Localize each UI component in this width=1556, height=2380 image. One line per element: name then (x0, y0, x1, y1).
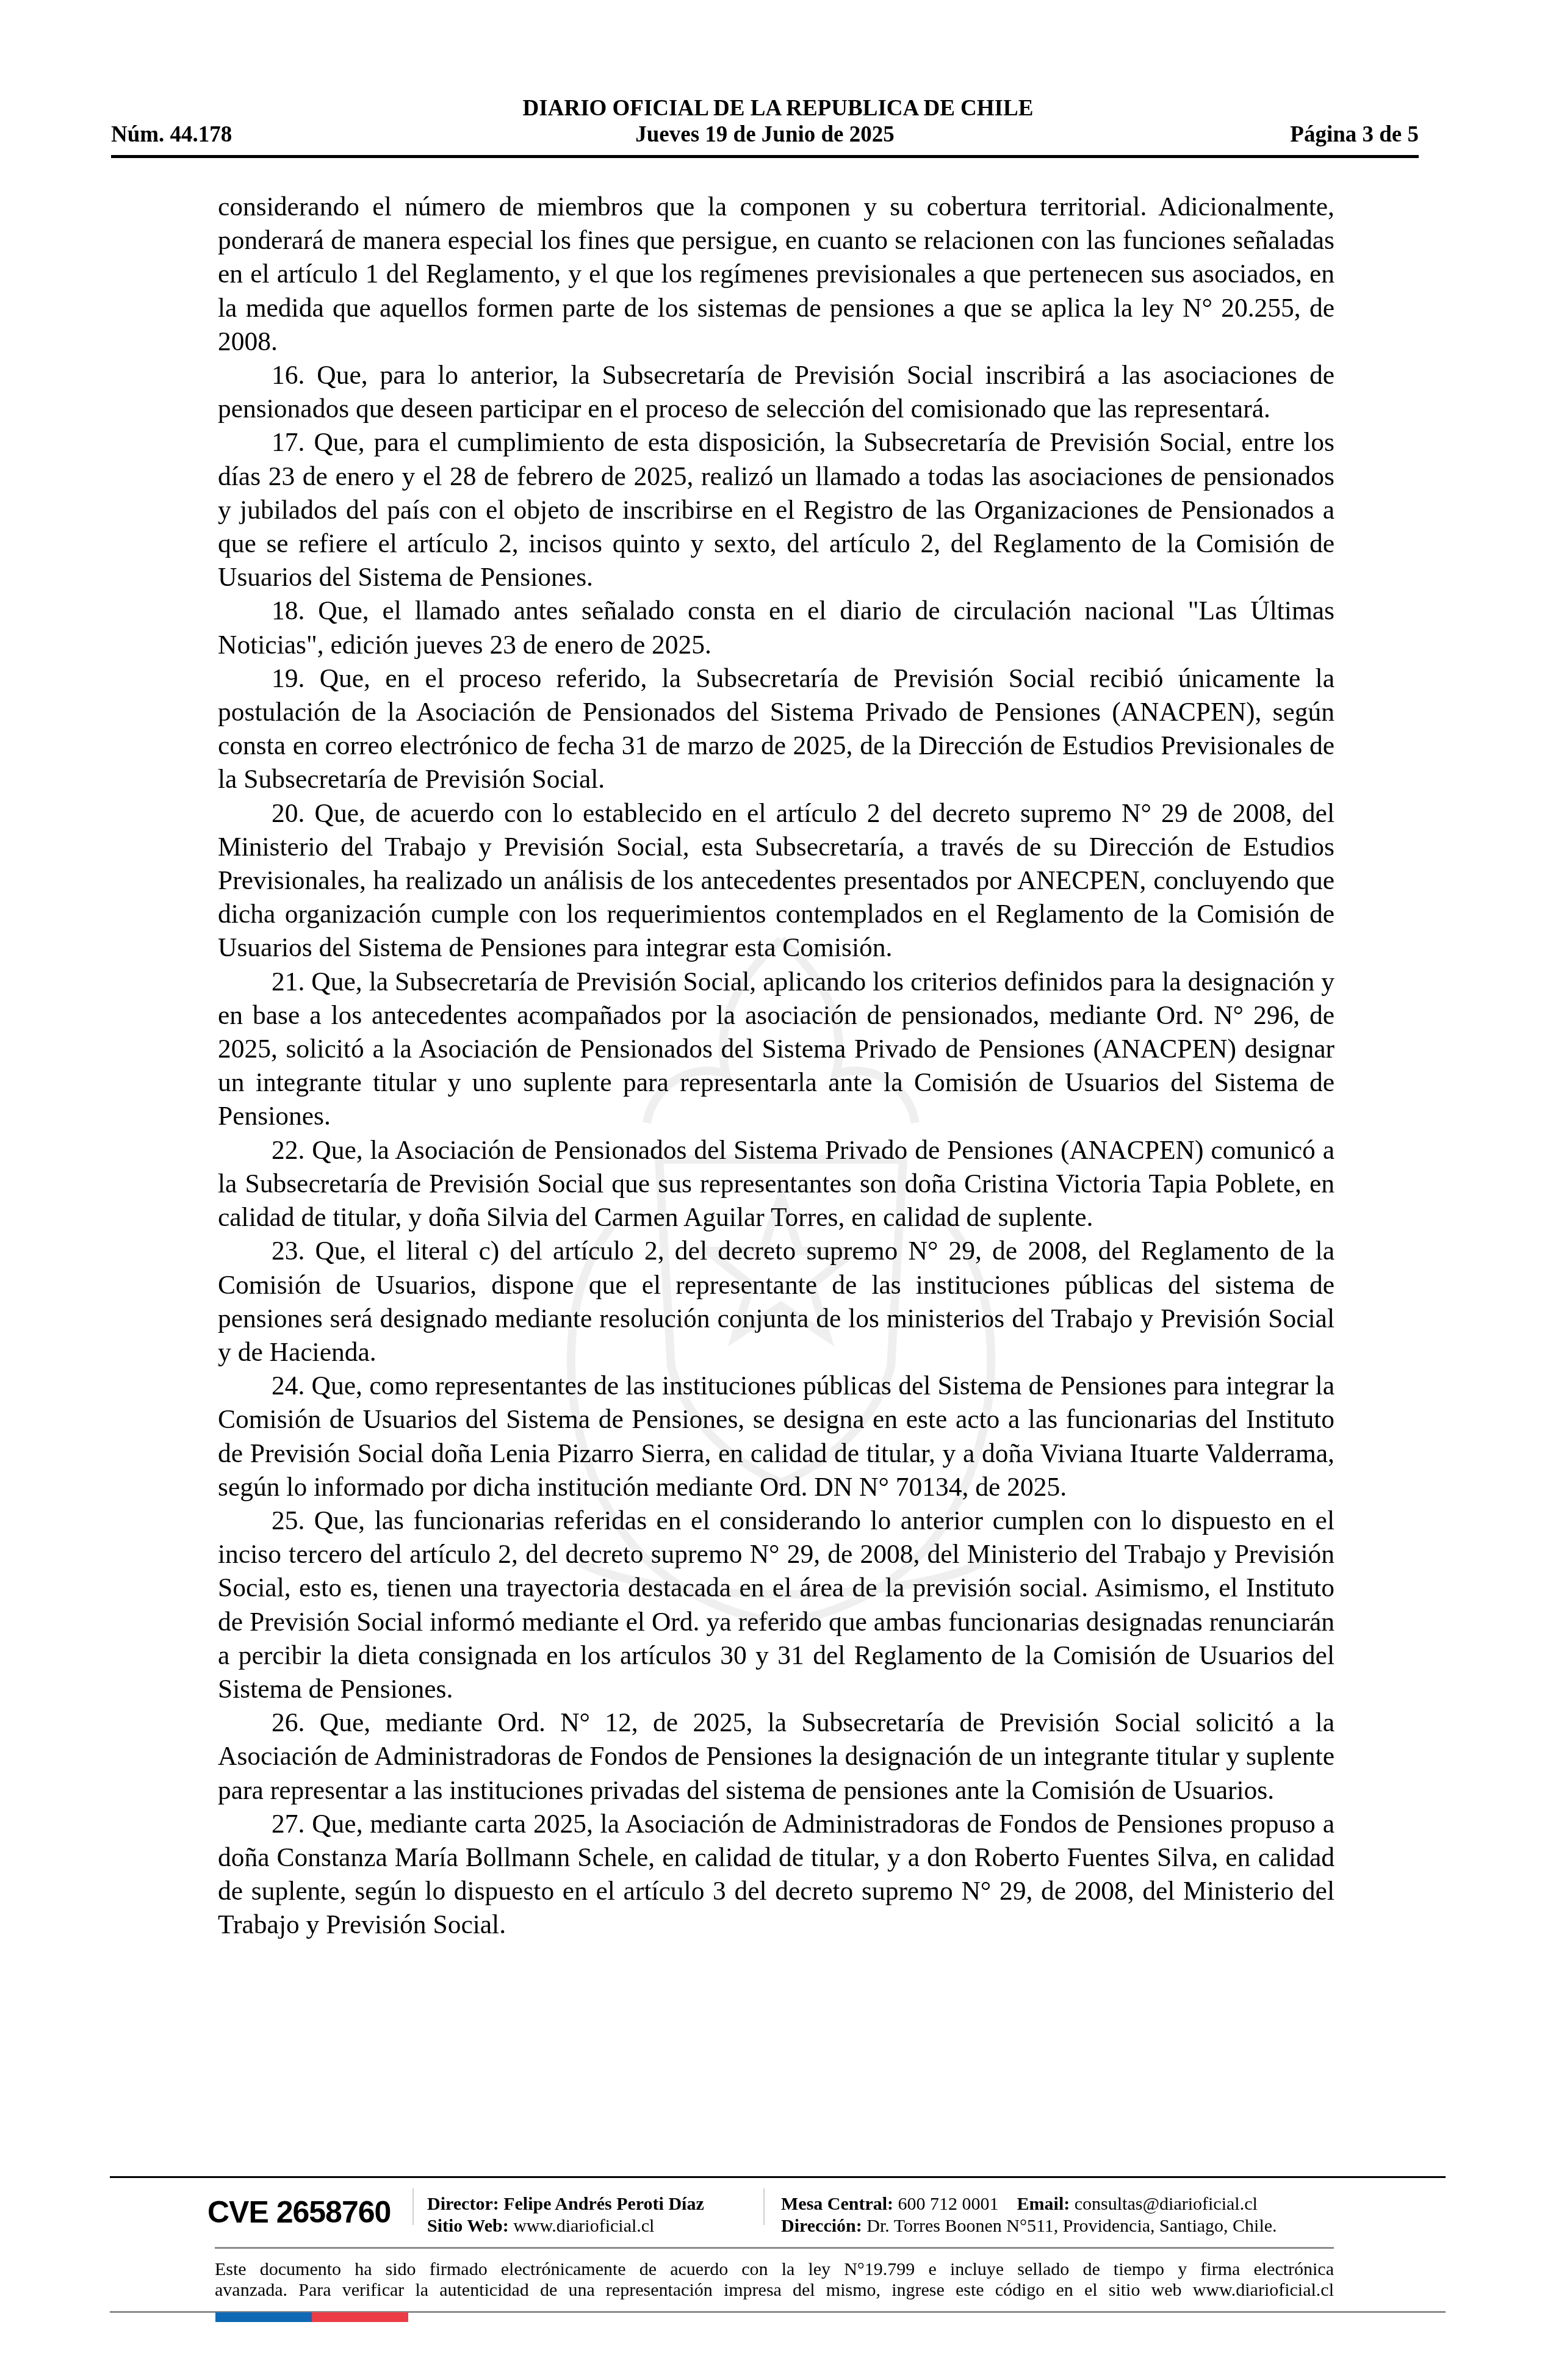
legal-line-1: Este documento ha sido firmado electróni… (215, 2259, 1334, 2280)
footer-vertical-divider (412, 2188, 414, 2225)
newspaper-title: DIARIO OFICIAL DE LA REPUBLICA DE CHILE (0, 95, 1556, 121)
email-label: Email: (1017, 2194, 1070, 2214)
phone-label: Mesa Central: (781, 2194, 893, 2214)
paragraph-26: 26. Que, mediante Ord. N° 12, de 2025, l… (218, 1706, 1334, 1808)
paragraph-27: 27. Que, mediante carta 2025, la Asociac… (218, 1808, 1334, 1942)
paragraph-24: 24. Que, como representantes de las inst… (218, 1369, 1334, 1504)
footer-middle-divider (215, 2247, 1334, 2249)
website-link[interactable]: www.diarioficial.cl (513, 2216, 654, 2236)
publication-date: Jueves 19 de Junio de 2025 (111, 121, 1419, 148)
footer-vertical-divider (763, 2188, 765, 2225)
paragraph-continuation: considerando el número de miembros que l… (218, 190, 1334, 359)
paragraph-22: 22. Que, la Asociación de Pensionados de… (218, 1134, 1334, 1235)
paragraph-23: 23. Que, el literal c) del artículo 2, d… (218, 1235, 1334, 1369)
footer-legal-notice: Este documento ha sido firmado electróni… (215, 2259, 1334, 2301)
flag-stripe-blue (215, 2312, 312, 2322)
address-value: Dr. Torres Boonen N°511, Providencia, Sa… (866, 2216, 1277, 2236)
phone-number: 600 712 0001 (898, 2194, 999, 2214)
paragraph-17: 17. Que, para el cumplimiento de esta di… (218, 426, 1334, 594)
email-link[interactable]: consultas@diarioficial.cl (1075, 2194, 1258, 2214)
footer-top-divider (110, 2176, 1446, 2178)
paragraph-19: 19. Que, en el proceso referido, la Subs… (218, 662, 1334, 797)
paragraph-21: 21. Que, la Subsecretaría de Previsión S… (218, 965, 1334, 1134)
paragraph-16: 16. Que, para lo anterior, la Subsecreta… (218, 359, 1334, 426)
header-divider (111, 155, 1419, 158)
website-label: Sitio Web: (427, 2216, 509, 2236)
document-body: considerando el número de miembros que l… (218, 190, 1334, 1942)
director-label: Director: (427, 2194, 499, 2214)
address-label: Dirección: (781, 2216, 862, 2236)
cve-code: CVE 2658760 (207, 2194, 391, 2230)
footer-contact-block: Mesa Central: 600 712 0001 Email: consul… (781, 2193, 1277, 2237)
paragraph-20: 20. Que, de acuerdo con lo establecido e… (218, 797, 1334, 965)
legal-line-2: avanzada. Para verificar la autenticidad… (215, 2280, 1334, 2301)
paragraph-18: 18. Que, el llamado antes señalado const… (218, 594, 1334, 662)
flag-stripe-red (312, 2312, 408, 2322)
page-indicator: Página 3 de 5 (1290, 121, 1419, 148)
paragraph-25: 25. Que, las funcionarias referidas en e… (218, 1504, 1334, 1706)
director-name: Felipe Andrés Peroti Díaz (503, 2194, 704, 2214)
footer-director-block: Director: Felipe Andrés Peroti Díaz Siti… (427, 2193, 704, 2237)
